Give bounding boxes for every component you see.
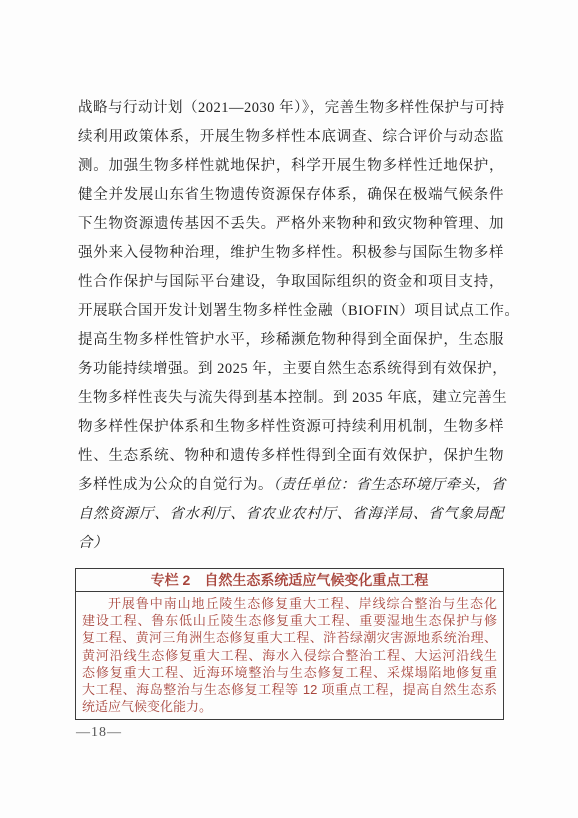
text-line: 性合作保护与国际平台建设，争取国际组织的资金和项目支持， [78,268,504,297]
text-line: 务功能持续增强。到 2025 年，主要自然生态系统得到有效保护， [78,355,504,384]
text-line: 生物多样性丧失与流失得到基本控制。到 2035 年底，建立完善生 [78,384,504,413]
text-line: 下生物资源遗传基因不丢失。严格外来物种和致灾物种管理、加 [78,210,504,239]
text-line-mixed: 多样性成为公众的自觉行为。（责任单位：省生态环境厅牵头，省 [78,471,504,500]
text-line: 续利用政策体系，开展生物多样性本底调查、综合评价与动态监 [78,123,504,152]
page-number: —18— [76,725,122,741]
box-text-line: 开展鲁中南山地丘陵生态修复重大工程、岸线综合整治与生态化 [82,595,497,612]
box-title: 专栏 2 自然生态系统适应气候变化重点工程 [76,569,503,592]
text-line: 提高生物多样性管护水平，珍稀濒危物种得到全面保护，生态服 [78,326,504,355]
text-line: 测。加强生物多样性就地保护，科学开展生物多样性迁地保护， [78,152,504,181]
text-line: 物多样性保护体系和生物多样性资源可持续利用机制，生物多样 [78,413,504,442]
text-line: 强外来入侵物种治理，维护生物多样性。积极参与国际生物多样 [78,239,504,268]
responsibility-note-start: （责任单位：省生态环境厅牵头，省 [273,477,506,493]
text-line: 战略与行动计划（2021—2030 年）》，完善生物多样性保护与可持 [78,94,504,123]
text-line: 开展联合国开发计划署生物多样性金融（BIOFIN）项目试点工作。 [78,297,504,326]
box-text-line: 统适应气候变化能力。 [82,698,497,715]
box-text-line: 黄河沿线生态修复重大工程、海水入侵综合整治工程、大运河沿线生 [82,647,497,664]
box-text-line: 复工程、黄河三角洲生态修复重大工程、浒苔绿潮灾害源地系统治理、 [82,629,497,646]
text-line: 性、生态系统、物种和遗传多样性得到全面有效保护，保护生物 [78,442,504,471]
column-2-key-projects-box: 专栏 2 自然生态系统适应气候变化重点工程 开展鲁中南山地丘陵生态修复重大工程、… [75,568,504,720]
text-segment: 多样性成为公众的自觉行为。 [78,477,273,493]
responsibility-note-end: 合） [78,529,504,558]
box-body: 开展鲁中南山地丘陵生态修复重大工程、岸线综合整治与生态化 建设工程、鲁东低山丘陵… [76,592,503,719]
box-text-line: 大工程、海岛整治与生态修复工程等 12 项重点工程，提高自然生态系 [82,681,497,698]
document-page: 战略与行动计划（2021—2030 年）》，完善生物多样性保护与可持 续利用政策… [0,0,578,818]
text-line: 健全并发展山东省生物遗传资源保存体系，确保在极端气候条件 [78,181,504,210]
responsibility-note-line: 自然资源厅、省水利厅、省农业农村厅、省海洋局、省气象局配 [78,500,504,529]
paragraph-body: 战略与行动计划（2021—2030 年）》，完善生物多样性保护与可持 续利用政策… [78,94,504,558]
box-text-line: 态修复重大工程、近海环境整治与生态修复工程、采煤塌陷地修复重 [82,664,497,681]
box-text-line: 建设工程、鲁东低山丘陵生态修复重大工程、重要湿地生态保护与修 [82,612,497,629]
